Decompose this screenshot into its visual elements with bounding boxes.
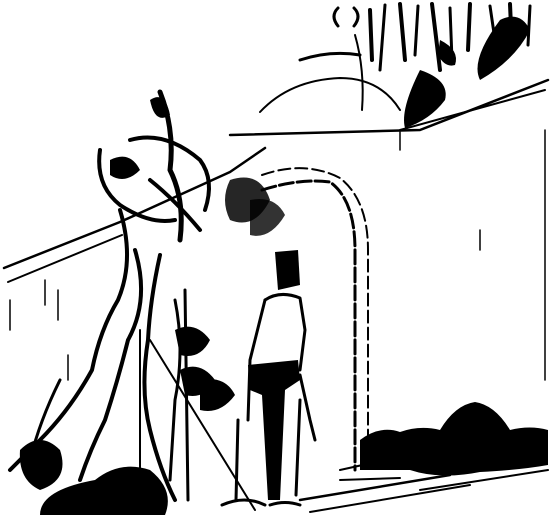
ink-illustration <box>0 0 553 522</box>
rock-and-tree <box>10 92 285 515</box>
bushes <box>360 402 548 476</box>
garden-wall <box>4 78 548 380</box>
arched-gateway <box>262 168 430 470</box>
moon <box>334 8 358 26</box>
standing-figure <box>222 250 315 505</box>
stone-path <box>300 470 548 512</box>
